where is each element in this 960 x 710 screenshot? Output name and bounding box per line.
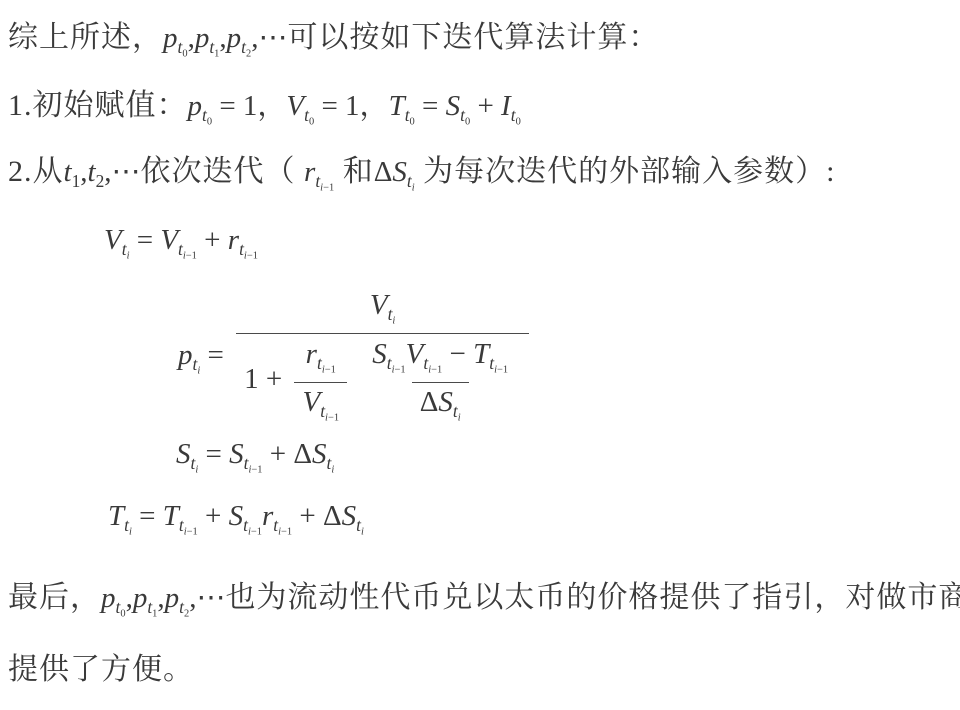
step-2-line: 2.从t1,t2,⋯依次迭代（ rti−1 和ΔSti 为每次迭代的外部输入参数… — [8, 146, 835, 194]
text-run: 和 — [334, 155, 374, 188]
document-page: 综上所述，pt0,pt1,pt2,⋯可以按如下迭代算法计算： 1.初始赋值：pt… — [0, 0, 960, 710]
text-run: 为每次迭代的外部输入参数）: — [415, 155, 836, 188]
text-run: 可以按如下迭代算法计算： — [287, 21, 659, 54]
equation-s-update: Sti = Sti−1 + ΔSti — [176, 438, 334, 476]
equation-p-update: pti = Vti1 + rti−1Vti−1 Sti−1Vti−1 − Tti… — [178, 288, 534, 426]
text-run: 也为流动性代币兑以太币的价格提供了指引，对做市商 — [225, 581, 960, 614]
text-run: 提供了方便。 — [8, 653, 194, 686]
closing-paragraph-line-1: 最后，pt0,pt1,pt2,⋯也为流动性代币兑以太币的价格提供了指引，对做市商 — [8, 572, 960, 620]
step-1-line: 1.初始赋值：pt0 = 1，Vt0 = 1，Tt0 = St0 + It0 — [8, 80, 521, 128]
math-run: Vti = Vti−1 + rti−1 — [104, 224, 258, 256]
math-run: t1,t2,⋯ — [64, 156, 141, 188]
math-run: pt0,pt1,pt2,⋯ — [101, 582, 225, 614]
math-run: pti = Vti1 + rti−1Vti−1 Sti−1Vti−1 − Tti… — [178, 339, 534, 371]
paragraph-intro: 综上所述，pt0,pt1,pt2,⋯可以按如下迭代算法计算： — [8, 12, 659, 60]
text-run: 2.从 — [8, 155, 64, 188]
math-run: rti−1 — [304, 156, 334, 188]
text-run: 1.初始赋值： — [8, 89, 188, 122]
text-run: 最后， — [8, 581, 101, 614]
equation-t-update: Tti = Tti−1 + Sti−1rti−1 + ΔSti — [108, 500, 364, 538]
math-run: Sti = Sti−1 + ΔSti — [176, 438, 334, 470]
closing-paragraph-line-2: 提供了方便。 — [8, 644, 194, 688]
math-run: ΔSti — [374, 156, 415, 188]
text-run: 依次迭代（ — [141, 155, 305, 188]
math-run: pt0 = 1，Vt0 = 1，Tt0 = St0 + It0 — [188, 90, 521, 122]
math-run: pt0,pt1,pt2,⋯ — [163, 22, 287, 54]
math-run: Tti = Tti−1 + Sti−1rti−1 + ΔSti — [108, 500, 364, 532]
text-run: 综上所述， — [8, 21, 163, 54]
equation-v-update: Vti = Vti−1 + rti−1 — [104, 224, 258, 262]
